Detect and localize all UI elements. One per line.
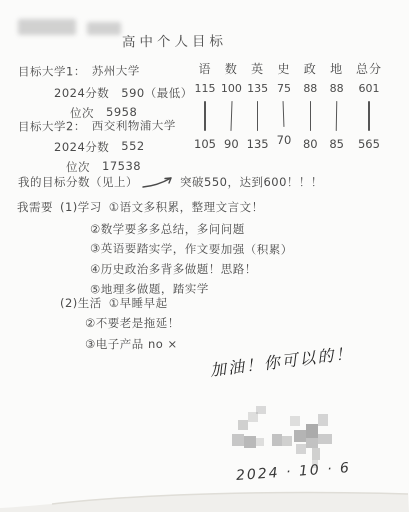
subject-label: 英	[251, 60, 264, 77]
connector-line	[204, 101, 205, 131]
target1-score: 135	[247, 82, 268, 95]
university-1-score-label: 2024分数	[54, 85, 109, 101]
target2-score: 105	[194, 137, 216, 151]
score-table: 语 115 105 数 100 90 英 135 135 史 75 70 政 8…	[192, 60, 388, 151]
connector-line	[283, 101, 285, 127]
subject-label: 数	[225, 60, 238, 77]
score-column-chinese: 语 115 105	[192, 60, 218, 151]
redacted-name	[18, 19, 76, 35]
paper-edge	[0, 486, 409, 512]
connector-line	[336, 101, 338, 131]
target2-score: 80	[303, 137, 318, 151]
university-2-name: 西交利物浦大学	[92, 117, 176, 134]
university-2-rank-label: 位次	[66, 159, 90, 175]
study-item: ③英语要踏实学，作文要加强（积累）	[90, 240, 293, 257]
connector-line	[257, 101, 258, 131]
university-2-block: 目标大学2： 西交利物浦大学 2024分数 552 位次 17538	[18, 118, 176, 175]
university-1-score: 590（最低）	[121, 85, 192, 101]
motivation-note: 加油！你可以的！	[209, 341, 355, 381]
university-1-block: 目标大学1： 苏州大学 2024分数 590（最低） 位次 5958	[18, 63, 193, 121]
arrow-icon	[142, 174, 176, 190]
target2-score: 90	[224, 137, 239, 151]
target1-score: 75	[277, 82, 291, 95]
target1-score: 601	[358, 82, 379, 95]
subject-label: 史	[277, 60, 290, 77]
life-heading-line: (2)生活 ①早睡早起	[60, 295, 168, 311]
target2-score: 565	[358, 137, 380, 151]
target2-score: 135	[247, 137, 269, 151]
redacted-signature	[226, 406, 338, 468]
score-column-english: 英 135 135	[245, 60, 271, 151]
target2-score: 85	[329, 137, 344, 151]
subject-label: 总分	[356, 60, 382, 77]
life-item: ②不要老是拖延！	[85, 315, 180, 331]
score-column-total: 总分 601 565	[350, 60, 388, 151]
subject-label: 地	[330, 60, 343, 77]
target1-score: 88	[330, 82, 344, 95]
page-title: 高中个人目标	[122, 30, 227, 51]
life-section-label: (2)生活	[60, 295, 102, 311]
paper-sheet: 高中个人目标 目标大学1： 苏州大学 2024分数 590（最低） 位次 595…	[0, 0, 409, 512]
study-item: ②数学要多多总结，多问问题	[90, 221, 245, 237]
target2-score: 70	[277, 133, 292, 147]
subject-label: 语	[198, 60, 211, 77]
study-item: ④历史政治多背多做题！思路！	[90, 261, 257, 277]
score-column-math: 数 100 90	[218, 60, 244, 151]
target1-score: 100	[221, 82, 242, 95]
life-item: ③电子产品 no ×	[85, 336, 178, 352]
university-2-rank: 17538	[102, 159, 141, 175]
score-column-history: 史 75 70	[271, 60, 297, 151]
study-section-label: (1)学习	[60, 199, 102, 215]
university-2-score: 552	[121, 139, 144, 155]
university-2-label: 目标大学2：	[18, 118, 86, 135]
target-score-line: 我的目标分数（见上） 突破550，达到600！！！	[18, 174, 323, 190]
university-1-name: 苏州大学	[92, 63, 140, 79]
target-score-prefix: 我的目标分数（见上）	[18, 174, 138, 190]
university-1-label: 目标大学1：	[18, 63, 86, 80]
score-column-politics: 政 88 80	[297, 60, 323, 151]
study-item: ①语文多积累，整理文言文！	[109, 199, 264, 215]
study-heading-line: 我需要 (1)学习 ①语文多积累，整理文言文！	[17, 199, 264, 215]
redacted-name	[87, 22, 121, 35]
score-column-geography: 地 88 85	[324, 60, 350, 151]
needs-heading: 我需要	[17, 199, 53, 215]
subject-label: 政	[304, 60, 317, 77]
university-2-score-label: 2024分数	[54, 139, 109, 155]
target1-score: 88	[303, 82, 317, 95]
target1-score: 115	[195, 82, 216, 95]
life-item: ①早睡早起	[109, 295, 168, 311]
connector-line	[230, 101, 232, 131]
target-score-goal: 突破550，达到600！！！	[180, 174, 323, 190]
connector-line	[368, 101, 369, 131]
connector-line	[310, 101, 311, 131]
